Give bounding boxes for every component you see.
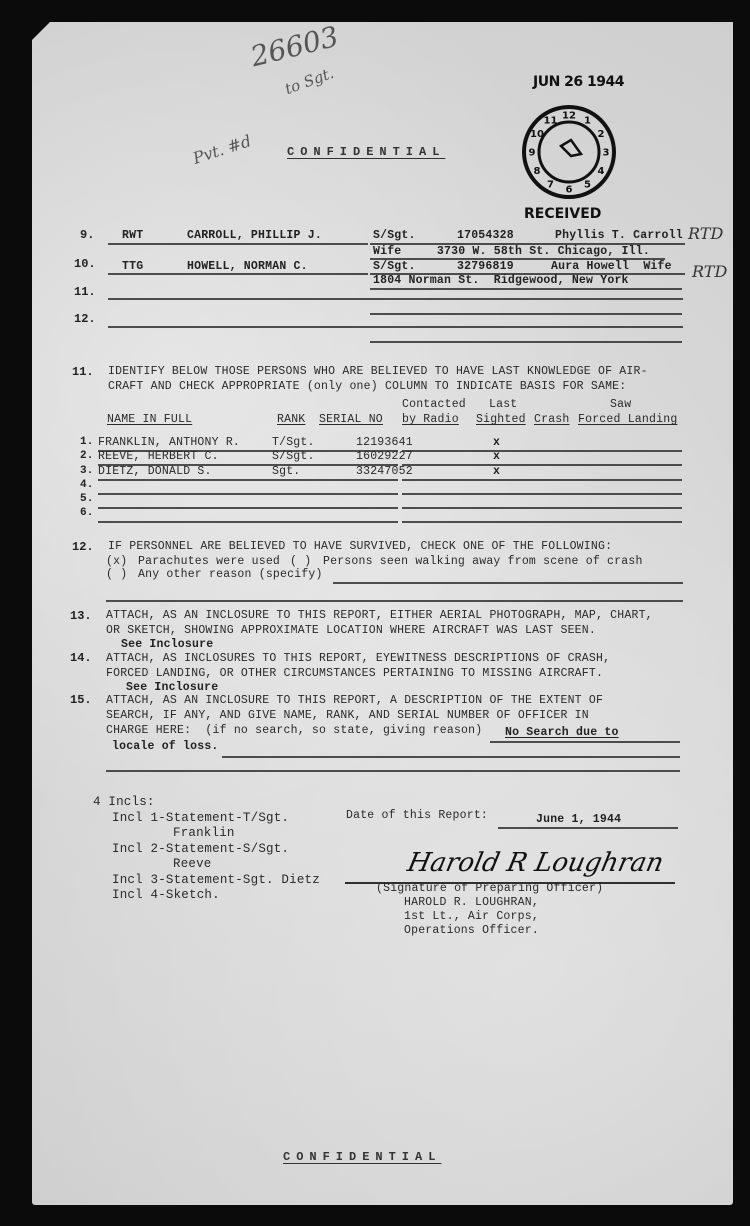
section-number: 11. <box>72 365 94 379</box>
column-header-forced-landing: Forced Landing <box>578 413 677 426</box>
report-date-label: Date of this Report: <box>346 809 488 822</box>
inclosure-item-cont: Franklin <box>173 826 235 840</box>
crew-annotation: RTD <box>688 224 723 243</box>
crew-name: HOWELL, NORMAN C. <box>187 260 308 273</box>
section-15-instruction: ATTACH, AS AN INCLOSURE TO THIS REPORT, … <box>106 694 603 707</box>
witness-rank: T/Sgt. <box>272 436 315 449</box>
section-13-response: See Inclosure <box>121 638 213 651</box>
witness-check-mark: x <box>493 436 500 449</box>
option-parachutes-mark[interactable]: (x) <box>106 555 127 568</box>
svg-text:3: 3 <box>603 148 610 159</box>
row-number: 12. <box>74 312 96 326</box>
svg-text:9: 9 <box>529 148 536 159</box>
svg-text:4: 4 <box>598 166 605 177</box>
inclosure-item-cont: Reeve <box>173 857 212 871</box>
column-header-saw: Saw <box>610 398 631 411</box>
section-11-instruction: CRAFT AND CHECK APPROPRIATE (only one) C… <box>108 380 626 393</box>
section-14-instruction: FORCED LANDING, OR OTHER CIRCUMSTANCES P… <box>106 667 603 680</box>
option-other-label: Any other reason (specify) <box>138 568 323 581</box>
svg-text:5: 5 <box>584 180 591 191</box>
option-parachutes-label: Parachutes were used <box>138 555 280 568</box>
witness-index: 6. <box>80 507 94 519</box>
crew-annotation: RTD <box>692 262 727 281</box>
option-walking-away-mark[interactable]: ( ) <box>290 555 311 568</box>
crew-position: RWT <box>122 229 143 242</box>
svg-text:11: 11 <box>544 116 558 127</box>
witness-rank: S/Sgt. <box>272 450 315 463</box>
crew-rank: S/Sgt. <box>373 229 416 242</box>
crew-address: 1804 Norman St. Ridgewood, New York <box>373 274 629 287</box>
section-14-instruction: ATTACH, AS INCLOSURES TO THIS REPORT, EY… <box>106 652 610 665</box>
inclosure-item: Incl 3-Statement-Sgt. Dietz <box>112 873 320 887</box>
svg-text:2: 2 <box>598 129 605 140</box>
crew-next-of-kin: Phyllis T. Carroll <box>555 229 683 242</box>
crew-address: Wife 3730 W. 58th St. Chicago, Ill. <box>373 245 650 258</box>
svg-text:6: 6 <box>566 185 573 196</box>
section-15-response: No Search due to <box>505 726 619 739</box>
witness-name: FRANKLIN, ANTHONY R. <box>98 436 240 449</box>
column-header-name: NAME IN FULL <box>107 413 192 426</box>
svg-text:7: 7 <box>547 180 554 191</box>
inclosures-header: 4 Incls: <box>93 795 155 809</box>
section-13-instruction: ATTACH, AS AN INCLOSURE TO THIS REPORT, … <box>106 609 653 622</box>
officer-title: Operations Officer. <box>404 924 539 937</box>
officer-signature: Harold R Loughran <box>405 848 666 878</box>
signature-caption: (Signature of Preparing Officer) <box>376 882 603 895</box>
section-12-instruction: IF PERSONNEL ARE BELIEVED TO HAVE SURVIV… <box>108 540 612 553</box>
witness-index: 5. <box>80 493 94 505</box>
section-14-response: See Inclosure <box>126 681 218 694</box>
witness-index: 1. <box>80 436 94 448</box>
received-stamp-date: JUN 26 1944 <box>533 74 624 90</box>
column-header-contacted: Contacted <box>402 398 466 411</box>
officer-name: HAROLD R. LOUGHRAN, <box>404 896 539 909</box>
column-header-radio: by Radio <box>402 413 459 426</box>
column-header-serial: SERIAL NO <box>319 413 383 426</box>
section-number: 12. <box>72 540 94 554</box>
classification-top: CONFIDENTIAL <box>287 145 445 159</box>
witness-serial: 33247052 <box>356 465 413 478</box>
witness-index: 4. <box>80 479 94 491</box>
inclosure-item: Incl 4-Sketch. <box>112 888 220 902</box>
witness-serial: 12193641 <box>356 436 413 449</box>
column-header-rank: RANK <box>277 413 305 426</box>
clock-stamp-icon: 121234567891011 <box>521 104 617 200</box>
crew-serial: 32796819 <box>457 260 514 273</box>
inclosure-item: Incl 2-Statement-S/Sgt. <box>112 842 289 856</box>
witness-serial: 16029227 <box>356 450 413 463</box>
svg-text:10: 10 <box>530 129 544 140</box>
report-date-value: June 1, 1944 <box>536 813 621 826</box>
witness-rank: Sgt. <box>272 465 300 478</box>
column-header-crash: Crash <box>534 413 570 426</box>
officer-rank: 1st Lt., Air Corps, <box>404 910 539 923</box>
section-15-instruction: CHARGE HERE: (if no search, so state, gi… <box>106 724 482 737</box>
witness-name: DIETZ, DONALD S. <box>98 465 212 478</box>
crew-next-of-kin: Aura Howell Wife <box>551 260 672 273</box>
crew-name: CARROLL, PHILLIP J. <box>187 229 322 242</box>
svg-text:8: 8 <box>534 166 541 177</box>
svg-text:1: 1 <box>584 116 591 127</box>
section-number: 15. <box>70 693 92 707</box>
classification-bottom: CONFIDENTIAL <box>283 1150 441 1164</box>
witness-check-mark: x <box>493 465 500 478</box>
witness-index: 3. <box>80 465 94 477</box>
option-walking-away-label: Persons seen walking away from scene of … <box>323 555 643 568</box>
column-header-sighted: Sighted <box>476 413 526 426</box>
column-header-last: Last <box>489 398 517 411</box>
option-other-mark[interactable]: ( ) <box>106 568 127 581</box>
svg-text:12: 12 <box>562 111 576 122</box>
crew-rank: S/Sgt. <box>373 260 416 273</box>
received-stamp-label: RECEIVED <box>524 206 601 222</box>
inclosure-item: Incl 1-Statement-T/Sgt. <box>112 811 289 825</box>
crew-position: TTG <box>122 260 143 273</box>
row-number: 10. <box>74 257 96 271</box>
section-13-instruction: OR SKETCH, SHOWING APPROXIMATE LOCATION … <box>106 624 596 637</box>
witness-name: REEVE, HERBERT C. <box>98 450 219 463</box>
row-number: 9. <box>80 228 94 242</box>
row-number: 11. <box>74 285 96 299</box>
section-number: 13. <box>70 609 92 623</box>
section-15-response-cont: locale of loss. <box>112 740 219 753</box>
witness-index: 2. <box>80 450 94 462</box>
witness-check-mark: x <box>493 450 500 463</box>
section-11-instruction: IDENTIFY BELOW THOSE PERSONS WHO ARE BEL… <box>108 365 648 378</box>
crew-serial: 17054328 <box>457 229 514 242</box>
section-15-instruction: SEARCH, IF ANY, AND GIVE NAME, RANK, AND… <box>106 709 589 722</box>
section-number: 14. <box>70 651 92 665</box>
